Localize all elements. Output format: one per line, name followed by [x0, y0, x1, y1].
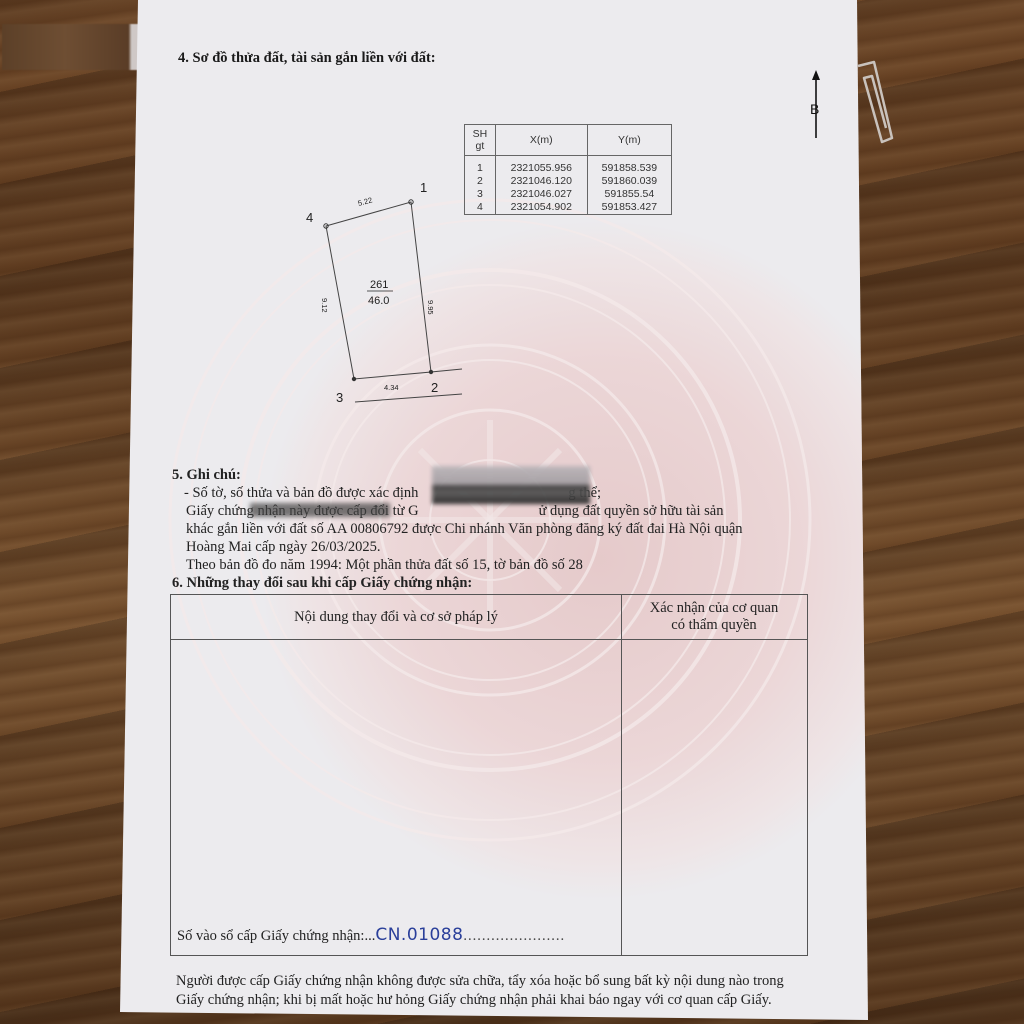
section-4-heading: 4. Sơ đồ thửa đất, tài sản gắn liền với …	[178, 50, 436, 67]
footer-line-2: Giấy chứng nhận; khi bị mất hoặc hư hỏng…	[176, 991, 816, 1010]
table-row: 42321054.902591853.427	[465, 201, 672, 215]
edge-length-4-1: 5.22	[357, 195, 373, 207]
header-sh: SHgt	[465, 125, 496, 156]
footer-warning: Người được cấp Giấy chứng nhận không đượ…	[176, 972, 816, 1010]
paper-clip-icon	[852, 58, 900, 148]
redacted-region	[2, 24, 160, 70]
north-arrow-icon: B	[808, 70, 828, 140]
note-line-3: khác gắn liền với đất số AA 00806792 đượ…	[172, 520, 812, 538]
vertex-label-1: 1	[420, 180, 427, 195]
table-row: 12321055.956591858.539	[465, 156, 672, 176]
redacted-text	[432, 466, 590, 504]
svg-text:B: B	[810, 101, 819, 117]
table-row: 22321046.120591860.039	[465, 175, 672, 188]
column-header-confirmation: Xác nhận của cơ quancó thẩm quyền	[621, 595, 807, 639]
vertex-label-2: 2	[431, 380, 438, 395]
header-y: Y(m)	[587, 125, 671, 156]
section-6-heading: 6. Những thay đổi sau khi cấp Giấy chứng…	[172, 574, 812, 592]
vertex-label-4: 4	[306, 210, 313, 225]
parcel-diagram: 1 2 3 4 5.22 9.95 4.34 9.12 261 46.0	[300, 170, 480, 410]
vertex-label-3: 3	[336, 390, 343, 405]
parcel-number: 261	[370, 279, 388, 291]
edge-length-3-4: 9.12	[320, 298, 329, 313]
edge-length-2-3: 4.34	[384, 383, 399, 392]
note-line-5: Theo bản đồ đo năm 1994: Một phần thửa đ…	[172, 556, 812, 574]
registry-number-line: Số vào sổ cấp Giấy chứng nhận:...CN.0108…	[177, 925, 565, 945]
coordinate-table: SHgt X(m) Y(m) 12321055.956591858.539 22…	[464, 124, 672, 215]
footer-line-1: Người được cấp Giấy chứng nhận không đượ…	[176, 972, 816, 991]
changes-table: Nội dung thay đổi và cơ sở pháp lý Xác n…	[170, 594, 808, 956]
table-row: 32321046.027591855.54	[465, 188, 672, 201]
registry-number-handwritten: CN.01088	[375, 925, 463, 945]
header-x: X(m)	[495, 125, 587, 156]
column-header-changes: Nội dung thay đổi và cơ sở pháp lý	[171, 595, 621, 639]
edge-length-1-2: 9.95	[426, 300, 435, 315]
column-divider	[621, 595, 622, 955]
redacted-text	[250, 503, 390, 517]
note-line-4: Hoàng Mai cấp ngày 26/03/2025.	[172, 538, 812, 556]
parcel-area: 46.0	[368, 295, 389, 307]
